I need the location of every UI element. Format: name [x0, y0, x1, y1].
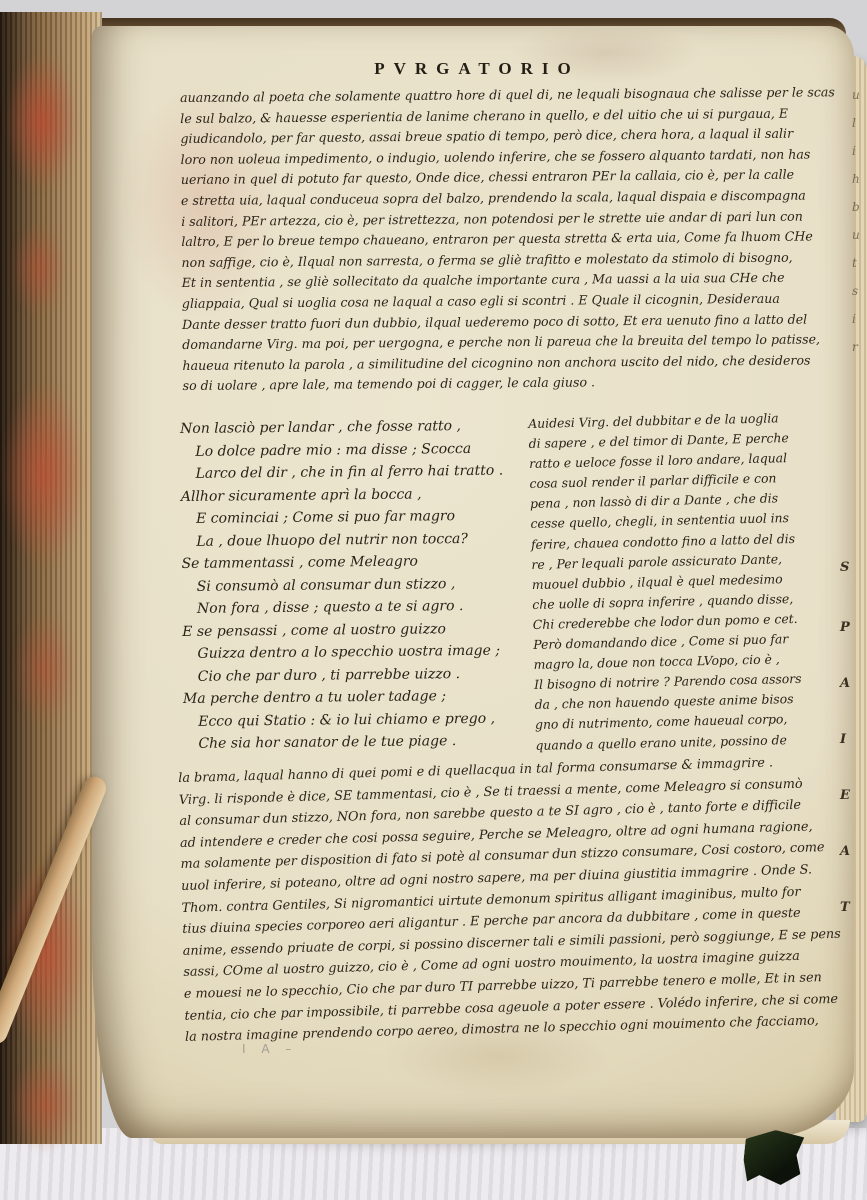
edge-letter: S [840, 560, 864, 575]
verse-line: Ecco qui Statio : & io lui chiamo e preg… [183, 707, 533, 733]
edge-partial-glyph: t [852, 256, 867, 270]
book-photograph: PVRGATORIO auanzando al poeta che solame… [0, 0, 867, 1200]
red-speckle [14, 612, 76, 727]
running-head: PVRGATORIO [342, 59, 612, 79]
edge-partial-glyph: l [852, 116, 867, 130]
edge-letter: I [840, 732, 864, 747]
pencil-inscription: I A – [242, 1042, 297, 1056]
edge-letter: A [840, 676, 864, 691]
edge-partial-glyph: u [852, 88, 867, 102]
edge-partial-glyph: r [852, 340, 867, 354]
red-speckle [10, 1057, 80, 1152]
edge-partial-glyph: u [852, 228, 867, 242]
book-page: PVRGATORIO auanzando al poeta che solame… [92, 26, 854, 1138]
edge-letter: T [840, 900, 864, 915]
edge-letter: E [840, 788, 864, 803]
red-speckle [6, 52, 78, 192]
footer-commentary: la brama, laqual hanno di quei pomi e di… [178, 751, 850, 1049]
commentary-column: Auidesi Virg. del dubbitar e de la uogli… [528, 407, 846, 756]
argument-block: auanzando al poeta che solamente quattro… [180, 82, 843, 397]
edge-letter: P [840, 620, 864, 635]
red-speckle [2, 380, 86, 570]
poem-column: Non lasciò per landar , che fosse ratto … [180, 414, 534, 755]
edge-letter: A [840, 844, 864, 859]
red-speckle [12, 222, 66, 317]
edge-partial-glyph: h [852, 172, 867, 186]
edge-partial-glyph: b [852, 200, 867, 214]
verse-line: Larco del dir , che in fin al ferro hai … [180, 459, 530, 485]
text-line: so di uolare , apre lale, ma temendo poi… [183, 371, 843, 397]
next-page-text-peek: u l i h b u t s i r [850, 88, 867, 418]
edge-partial-glyph: i [852, 312, 867, 326]
verse-line: Guizza dentro a lo specchio uostra image… [182, 639, 532, 665]
edge-partial-glyph: i [852, 144, 867, 158]
verse-line: Che sia hor sanator de le tue piage . [183, 729, 533, 755]
edge-partial-glyph: s [852, 284, 867, 298]
